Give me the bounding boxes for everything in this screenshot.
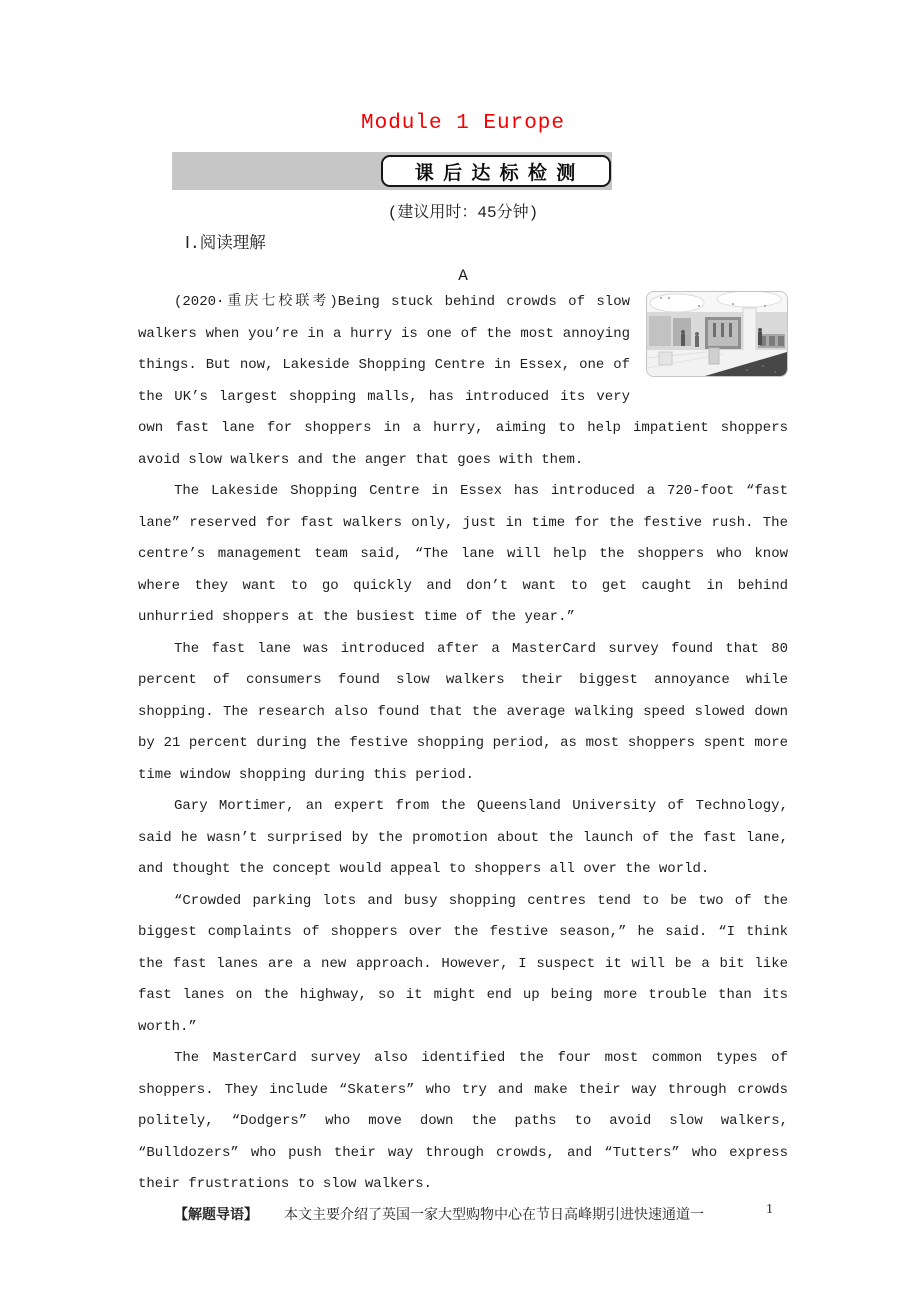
shopping-mall-image	[646, 291, 788, 377]
banner-label: 课 后 达 标 检 测	[415, 158, 577, 185]
passage-paragraph: The fast lane was introduced after a Mas…	[138, 634, 788, 792]
section-heading-reading: Ⅰ.阅读理解	[185, 232, 266, 256]
analysis-line: 【解题导语】本文主要介绍了英国一家大型购物中心在节日高峰期引进快速通道一	[138, 1201, 788, 1233]
analysis-label: 【解题导语】	[174, 1208, 258, 1224]
passage-label-a: A	[138, 264, 788, 288]
passage-paragraph: Gary Mortimer, an expert from the Queens…	[138, 791, 788, 886]
time-suggestion: (建议用时：45分钟)	[138, 201, 788, 225]
page-title: Module 1 Europe	[138, 111, 788, 137]
passage-body: (2020·重庆七校联考)Being stuck behind crowds o…	[138, 287, 788, 1232]
passage-paragraph: The MasterCard survey also identified th…	[138, 1043, 788, 1201]
passage-paragraph: “Crowded parking lots and busy shopping …	[138, 886, 788, 1044]
exam-document-page: Module 1 Europe 课 后 达 标 检 测 (建议用时：45分钟) …	[0, 0, 920, 1302]
analysis-text: 本文主要介绍了英国一家大型购物中心在节日高峰期引进快速通道一	[284, 1208, 704, 1224]
banner-box: 课 后 达 标 检 测	[381, 155, 611, 187]
passage-paragraph: The Lakeside Shopping Centre in Essex ha…	[138, 476, 788, 634]
section-banner: 课 后 达 标 检 测	[172, 152, 612, 190]
passage-paragraph: (2020·重庆七校联考)Being stuck behind crowds o…	[138, 287, 788, 476]
page-number: 1	[766, 1202, 773, 1218]
